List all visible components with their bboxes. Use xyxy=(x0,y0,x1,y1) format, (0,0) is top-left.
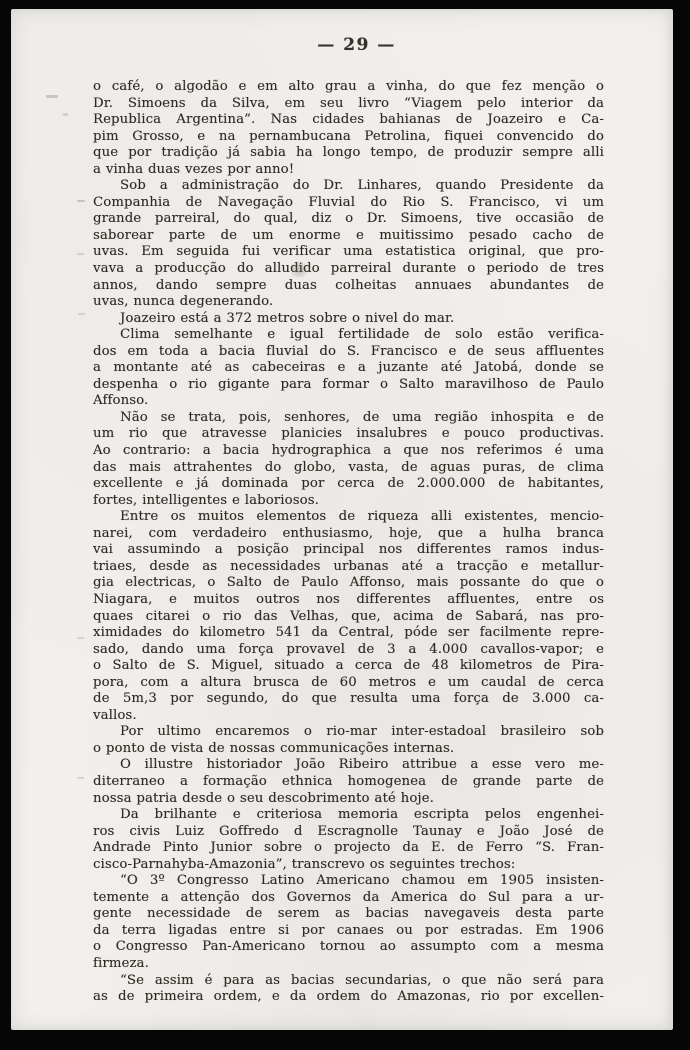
text-line: “O 3º Congresso Latino Americano chamou … xyxy=(93,873,604,890)
text-line: O illustre historiador João Ribeiro attr… xyxy=(93,757,604,774)
text-line: ros civis Luiz Goffredo d Escragnolle Ta… xyxy=(93,824,604,841)
text-line: gia electricas, o Salto de Paulo Affonso… xyxy=(93,575,604,592)
text-line: Joazeiro está a 372 metros sobre o nivel… xyxy=(93,311,604,328)
text-line: Da brilhante e criteriosa memoria escrip… xyxy=(93,807,604,824)
text-line: vallos. xyxy=(93,708,604,725)
text-line: annos, dando sempre duas colheitas annua… xyxy=(93,278,604,295)
text-line: Andrade Pinto Junior sobre o projecto da… xyxy=(93,840,604,857)
paragraph: Entre os muitos elementos de riqueza all… xyxy=(93,509,604,724)
text-line: Niagara, e muitos outros nos differentes… xyxy=(93,592,604,609)
scan-mark xyxy=(77,253,84,255)
text-line: a montante até as cabeceiras e a juzante… xyxy=(93,360,604,377)
text-line: Não se trata, pois, senhores, de uma reg… xyxy=(93,410,604,427)
text-line: saborear parte de um enorme e muitissimo… xyxy=(93,228,604,245)
text-line: a vinha duas vezes por anno! xyxy=(93,162,604,179)
text-line: firmeza. xyxy=(93,956,604,973)
text-line: Clima semelhante e igual fertilidade de … xyxy=(93,327,604,344)
text-line: ximidades do kilometro 541 da Central, p… xyxy=(93,625,604,642)
text-line: gente necessidade de serem as bacias nav… xyxy=(93,906,604,923)
paragraph: Joazeiro está a 372 metros sobre o nivel… xyxy=(93,311,604,328)
text-line: uvas, nunca degenerando. xyxy=(93,294,604,311)
text-line: cisco-Parnahyba-Amazonia”, transcrevo os… xyxy=(93,857,604,874)
text-line: triaes, desde as necessidades urbanas at… xyxy=(93,559,604,576)
page-paper: — 29 — o café, o algodão e em alto grau … xyxy=(11,9,673,1030)
text-line: nossa patria desde o seu descobrimento a… xyxy=(93,791,604,808)
page-number: — 29 — xyxy=(93,35,604,55)
text-line: vai assumindo a posição principal nos di… xyxy=(93,542,604,559)
text-line: dos em toda a bacia fluvial do S. Franci… xyxy=(93,344,604,361)
scan-mark xyxy=(78,313,85,315)
text-line: despenha o rio gigante para formar o Sal… xyxy=(93,377,604,394)
paragraph: Da brilhante e criteriosa memoria escrip… xyxy=(93,807,604,873)
text-line: vava a producção do alludido parreiral d… xyxy=(93,261,604,278)
paragraph: Não se trata, pois, senhores, de uma reg… xyxy=(93,410,604,509)
text-line: sado, dando uma força provavel de 3 a 4.… xyxy=(93,642,604,659)
scan-mark xyxy=(46,95,58,98)
paragraph: Clima semelhante e igual fertilidade de … xyxy=(93,327,604,410)
text-line: as de primeira ordem, e da ordem do Amaz… xyxy=(93,989,604,1006)
text-line: diterraneo a formação ethnica homogenea … xyxy=(93,774,604,791)
text-line: temente a attenção dos Governos da Ameri… xyxy=(93,890,604,907)
text-line: narei, com verdadeiro enthusiasmo, hoje,… xyxy=(93,526,604,543)
text-line: pim Grosso, e na pernambucana Petrolina,… xyxy=(93,129,604,146)
scan-mark xyxy=(63,113,68,116)
text-line: Por ultimo encaremos o rio-mar inter-est… xyxy=(93,724,604,741)
text-line: Entre os muitos elementos de riqueza all… xyxy=(93,509,604,526)
text-line: Companhia de Navegação Fluvial do Rio S.… xyxy=(93,195,604,212)
paragraph: “Se assim é para as bacias secundarias, … xyxy=(93,973,604,1006)
text-line: o Salto de S. Miguel, situado a cerca de… xyxy=(93,658,604,675)
page-text-block: o café, o algodão e em alto grau a vinha… xyxy=(93,79,604,1006)
paragraph: Sob a administração do Dr. Linhares, qua… xyxy=(93,178,604,310)
paragraph: “O 3º Congresso Latino Americano chamou … xyxy=(93,873,604,972)
text-line: de 5m,3 por segundo, do que resulta uma … xyxy=(93,691,604,708)
text-line: o ponto de vista de nossas communicações… xyxy=(93,741,604,758)
text-line: grande parreiral, do qual, diz o Dr. Sim… xyxy=(93,211,604,228)
scan-mark xyxy=(77,637,84,639)
text-line: uvas. Em seguida fui verificar uma estat… xyxy=(93,244,604,261)
text-line: o Congresso Pan-Americano tornou ao assu… xyxy=(93,939,604,956)
paragraph: Por ultimo encaremos o rio-mar inter-est… xyxy=(93,724,604,757)
text-line: fortes, intelligentes e laboriosos. xyxy=(93,493,604,510)
text-line: da terra ligadas entre si por canaes ou … xyxy=(93,923,604,940)
paragraph: O illustre historiador João Ribeiro attr… xyxy=(93,757,604,807)
text-line: Ao contrario: a bacia hydrographica a qu… xyxy=(93,443,604,460)
text-line: Dr. Simoens da Silva, em seu livro “Viag… xyxy=(93,96,604,113)
text-line: Sob a administração do Dr. Linhares, qua… xyxy=(93,178,604,195)
text-line: pora, com a altura brusca de 60 metros e… xyxy=(93,675,604,692)
paragraph: o café, o algodão e em alto grau a vinha… xyxy=(93,79,604,178)
text-line: Affonso. xyxy=(93,393,604,410)
text-line: “Se assim é para as bacias secundarias, … xyxy=(93,973,604,990)
scan-mark xyxy=(77,777,84,779)
text-line: excellente e já dominada por cerca de 2.… xyxy=(93,476,604,493)
text-line: Republica Argentina”. Nas cidades bahian… xyxy=(93,112,604,129)
text-line: o café, o algodão e em alto grau a vinha… xyxy=(93,79,604,96)
text-line: quaes citarei o rio das Velhas, que, aci… xyxy=(93,609,604,626)
text-line: que por tradição já sabia ha longo tempo… xyxy=(93,145,604,162)
scanned-book-page: — 29 — o café, o algodão e em alto grau … xyxy=(0,0,690,1050)
text-line: um rio que atravesse planicies insalubre… xyxy=(93,426,604,443)
scan-mark xyxy=(77,200,85,202)
text-line: das mais attrahentes do globo, vasta, de… xyxy=(93,460,604,477)
ink-smudge xyxy=(289,261,309,278)
